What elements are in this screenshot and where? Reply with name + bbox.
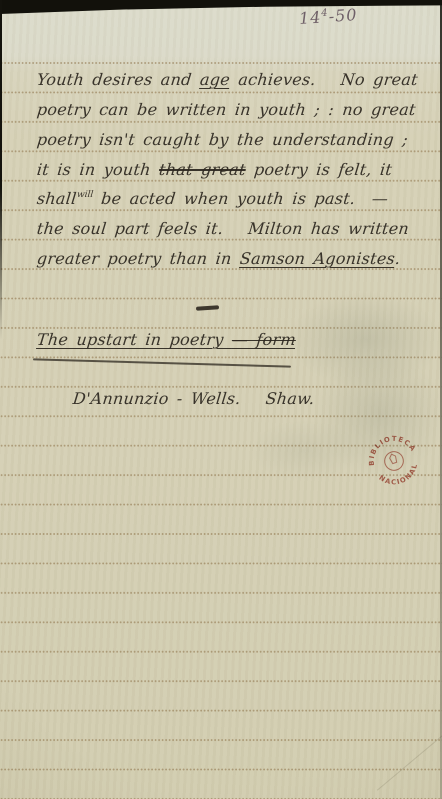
line4-text-end: poetry is felt, it	[245, 160, 393, 179]
handwriting-line-7: greater poetry than in Samson Agonistes.	[36, 249, 401, 268]
scan-edge-left	[0, 0, 2, 340]
page-number-main: 14	[298, 8, 322, 29]
handwriting-line-2: poetry can be written in youth ; : no gr…	[36, 100, 417, 119]
authors-text: D'Annunzio - Wells. Shaw.	[72, 389, 316, 408]
line1-underlined-word: age	[199, 70, 231, 89]
line5-inserted-word: will	[76, 190, 93, 200]
line6-text: the soul part feels it. Milton has writt…	[36, 219, 410, 238]
line1-text-end: achieves. No great	[229, 70, 419, 89]
handwriting-line-3: poetry isn't caught by the understanding…	[36, 130, 409, 149]
title-struck-word: — form	[231, 330, 297, 349]
stamp-inner-circle	[382, 449, 406, 473]
manuscript-page-scan: 144-50 Youth desires and age achieves. N…	[0, 0, 442, 799]
line4-struck-words: that great	[158, 160, 247, 179]
page-number-rest: -50	[328, 5, 358, 26]
line7-underlined-title: Samson Agonistes	[239, 249, 396, 268]
section-title: The upstart in poetry — form	[36, 330, 297, 349]
line5-text-end: be acted when youth is past. —	[92, 189, 389, 208]
page-number-annotation: 144-50	[298, 5, 358, 28]
line1-text: Youth desires and	[36, 70, 201, 89]
authors-line: D'Annunzio - Wells. Shaw.	[72, 389, 316, 408]
line7-text: greater poetry than in	[36, 249, 241, 268]
line2-text: poetry can be written in youth ; : no gr…	[36, 100, 417, 119]
handwriting-line-4: it is in youth that great poetry is felt…	[36, 160, 393, 179]
stamp-emblem	[389, 453, 398, 464]
title-text: The upstart in poetry	[36, 330, 233, 349]
line4-text: it is in youth	[36, 160, 160, 179]
handwriting-line-5: shallwill be acted when youth is past. —	[36, 189, 389, 208]
line5-text: shall	[36, 189, 78, 208]
line3-text: poetry isn't caught by the understanding…	[36, 130, 409, 149]
handwriting-line-6: the soul part feels it. Milton has writt…	[36, 219, 410, 238]
handwriting-line-1: Youth desires and age achieves. No great	[36, 70, 419, 89]
